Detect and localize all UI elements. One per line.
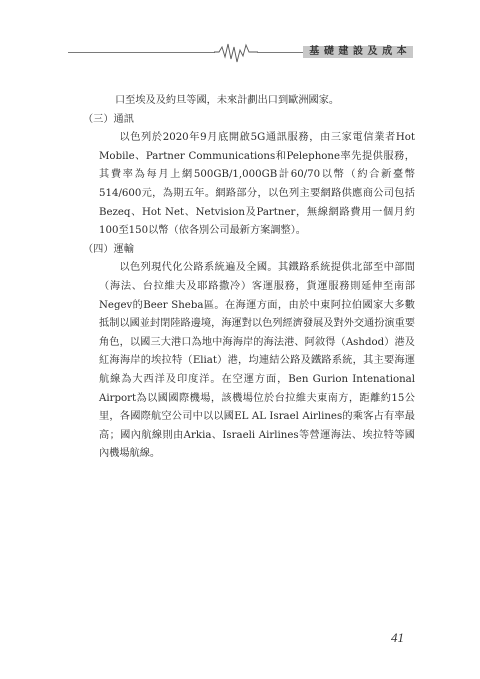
section-heading-telecom: （三）通訊 <box>83 111 415 130</box>
chapter-title-char: 建 <box>338 46 348 58</box>
chapter-title-char: 礎 <box>324 46 334 58</box>
paragraph-telecom: 以色列於2020年9月底開啟5G通訊服務，由三家電信業者Hot Mobile、P… <box>83 129 415 241</box>
paragraph-transport: 以色列現代化公路系統遍及全國。其鐵路系統提供北部至中部間（海法、台拉維夫及耶路撒… <box>83 259 415 464</box>
chapter-title-char: 成 <box>382 46 392 58</box>
chapter-title-char: 設 <box>353 46 363 58</box>
running-header: 基 礎 建 設 及 成 本 <box>68 40 413 64</box>
chapter-title-banner: 基 礎 建 設 及 成 本 <box>303 46 413 58</box>
zigzag-ornament-icon <box>214 41 258 65</box>
section-heading-transport: （四）運輸 <box>83 241 415 260</box>
chapter-title-char: 及 <box>368 46 378 58</box>
header-rule-right <box>257 52 303 53</box>
chapter-title-char: 本 <box>397 46 407 58</box>
paragraph-continuation: 口至埃及及約旦等國，未來計劃出口到歐洲國家。 <box>83 92 415 111</box>
chapter-title-char: 基 <box>309 46 319 58</box>
header-rule-left <box>68 52 215 53</box>
body-text: 口至埃及及約旦等國，未來計劃出口到歐洲國家。 （三）通訊 以色列於2020年9月… <box>83 92 415 464</box>
page-number: 41 <box>391 630 404 646</box>
